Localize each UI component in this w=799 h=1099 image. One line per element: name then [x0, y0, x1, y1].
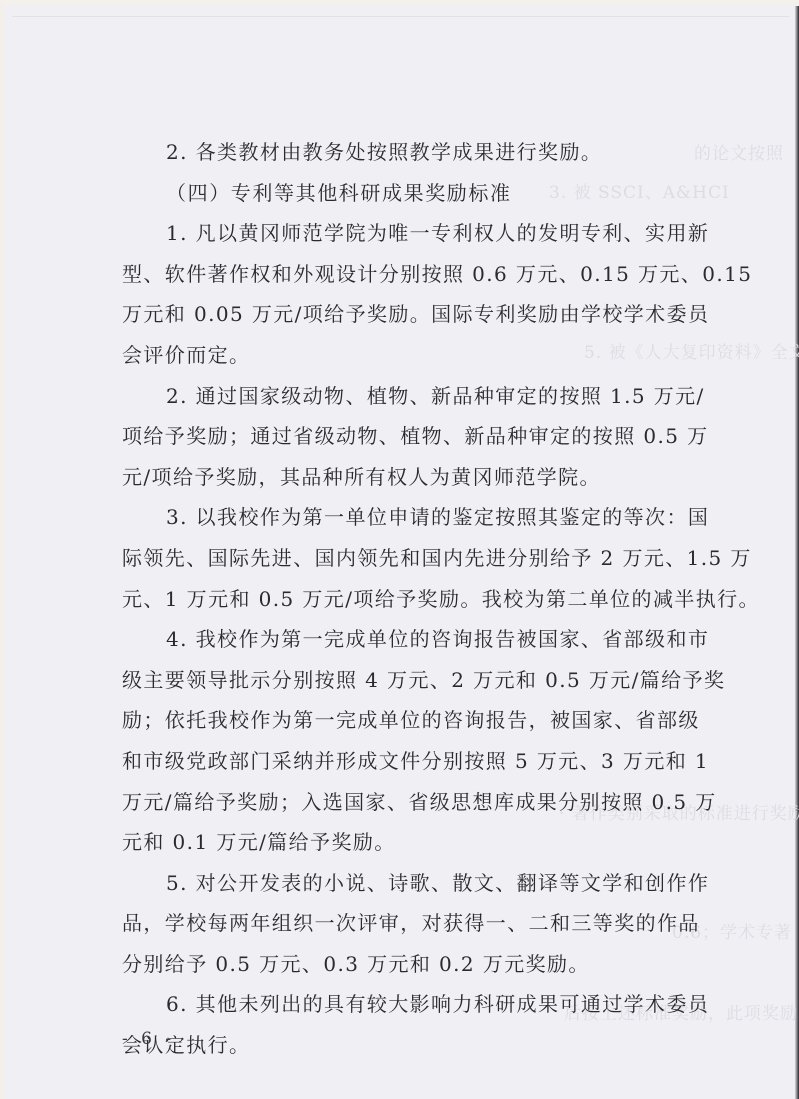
text-line: 型、软件著作权和外观设计分别按照 0.6 万元、0.15 万元、0.15 — [122, 254, 690, 295]
paragraph-item: 2. 各类教材由教务处按照教学成果进行奖励。 — [122, 132, 690, 173]
text-line: 2. 各类教材由教务处按照教学成果进行奖励。 — [122, 132, 690, 173]
text-line: 5. 对公开发表的小说、诗歌、散文、翻译等文学和创作作 — [122, 863, 690, 904]
text-line: 元/项给予奖励，其品种所有权人为黄冈师范学院。 — [122, 457, 690, 498]
paragraph-item: 5. 对公开发表的小说、诗歌、散文、翻译等文学和创作作品，学校每两年组织一次评审… — [122, 863, 690, 985]
page-top-edge — [12, 16, 789, 17]
text-line: 会认定执行。 — [122, 1025, 690, 1066]
paragraph-item: 1. 凡以黄冈师范学院为唯一专利权人的发明专利、实用新型、软件著作权和外观设计分… — [122, 213, 690, 375]
text-line: 3. 以我校作为第一单位申请的鉴定按照其鉴定的等次：国 — [122, 497, 690, 538]
paragraph-item: 6. 其他未列出的具有较大影响力科研成果可通过学术委员会认定执行。 — [122, 984, 690, 1065]
text-line: 项给予奖励；通过省级动物、植物、新品种审定的按照 0.5 万 — [122, 416, 690, 457]
text-line: 级主要领导批示分别按照 4 万元、2 万元和 0.5 万元/篇给予奖 — [122, 660, 690, 701]
page-right-edge — [795, 6, 799, 1099]
text-line: 万元/篇给予奖励；入选国家、省级思想库成果分别按照 0.5 万 — [122, 782, 690, 823]
text-line: 1. 凡以黄冈师范学院为唯一专利权人的发明专利、实用新 — [122, 213, 690, 254]
text-line: （四）专利等其他科研成果奖励标准 — [122, 173, 690, 214]
text-line: 元和 0.1 万元/篇给予奖励。 — [122, 822, 690, 863]
page-number: - 6 - — [122, 1029, 175, 1049]
section-heading: （四）专利等其他科研成果奖励标准 — [122, 173, 690, 214]
text-line: 2. 通过国家级动物、植物、新品种审定的按照 1.5 万元/ — [122, 376, 690, 417]
text-line: 励；依托我校作为第一完成单位的咨询报告，被国家、省部级 — [122, 700, 690, 741]
text-line: 会评价而定。 — [122, 335, 690, 376]
text-line: 和市级党政部门采纳并形成文件分别按照 5 万元、3 万元和 1 — [122, 741, 690, 782]
document-body: 2. 各类教材由教务处按照教学成果进行奖励。（四）专利等其他科研成果奖励标准1.… — [122, 132, 690, 1066]
text-line: 6. 其他未列出的具有较大影响力科研成果可通过学术委员 — [122, 984, 690, 1025]
bleed-through-text: 的论文按照 — [694, 139, 784, 164]
text-line: 际领先、国际先进、国内领先和国内先进分别给予 2 万元、1.5 万 — [122, 538, 690, 579]
text-line: 分别给予 0.5 万元、0.3 万元和 0.2 万元奖励。 — [122, 944, 690, 985]
paragraph-item: 3. 以我校作为第一单位申请的鉴定按照其鉴定的等次：国际领先、国际先进、国内领先… — [122, 497, 690, 619]
document-page: 的论文按照3. 被 SSCI、A&HCI5. 被《人大复印资料》全文转载、《人民… — [0, 0, 799, 1099]
paragraph-item: 2. 通过国家级动物、植物、新品种审定的按照 1.5 万元/项给予奖励；通过省级… — [122, 376, 690, 498]
text-line: 品，学校每两年组织一次评审，对获得一、二和三等奖的作品 — [122, 903, 690, 944]
text-line: 4. 我校作为第一完成单位的咨询报告被国家、省部级和市 — [122, 619, 690, 660]
text-line: 元、1 万元和 0.5 万元/项给予奖励。我校为第二单位的减半执行。 — [122, 579, 690, 620]
text-line: 万元和 0.05 万元/项给予奖励。国际专利奖励由学校学术委员 — [122, 294, 690, 335]
paragraph-item: 4. 我校作为第一完成单位的咨询报告被国家、省部级和市级主要领导批示分别按照 4… — [122, 619, 690, 863]
